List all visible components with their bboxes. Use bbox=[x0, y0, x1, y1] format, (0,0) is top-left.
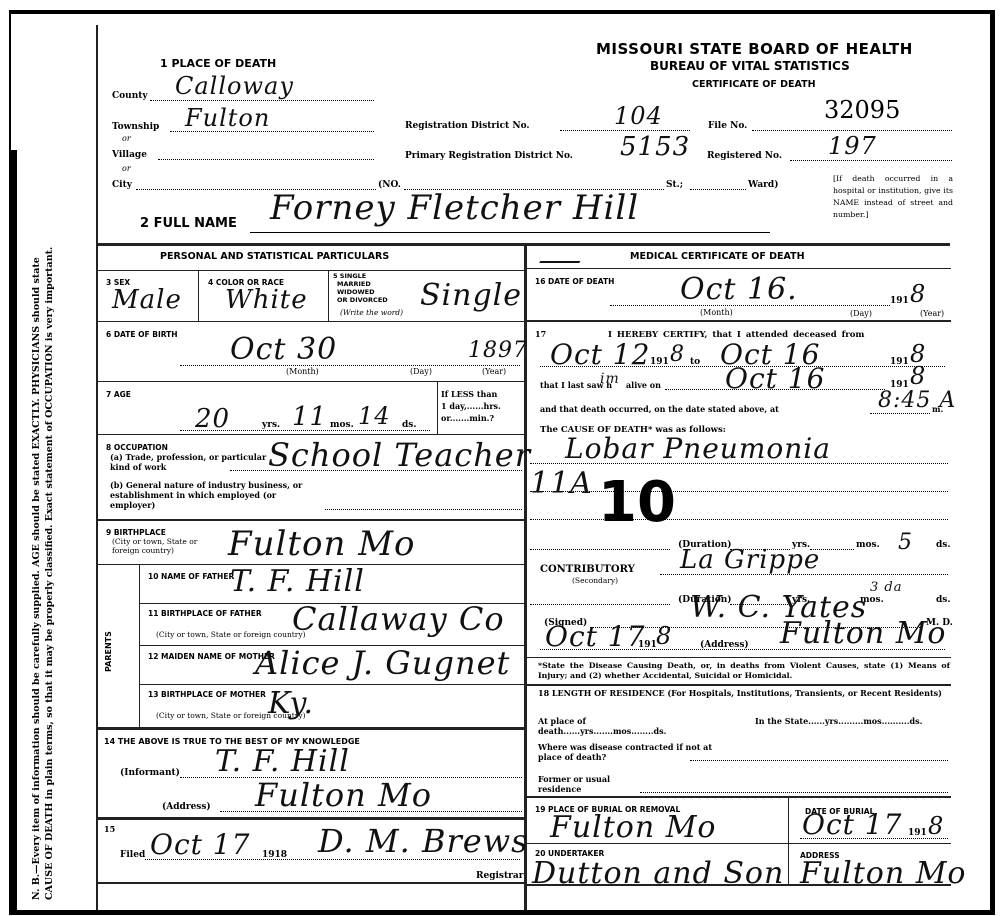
file-no-value: 32095 bbox=[824, 96, 900, 124]
last-saw-date: Oct 16 bbox=[725, 362, 825, 395]
mother-maiden-value: Alice J. Gugnet bbox=[255, 644, 510, 682]
contributory-label: CONTRIBUTORY bbox=[540, 564, 635, 575]
signed-date: Oct 17 bbox=[545, 620, 645, 653]
registered-no-label: Registered No. bbox=[707, 151, 782, 161]
full-name-label: 2 FULL NAME bbox=[140, 216, 237, 231]
medical-heading: MEDICAL CERTIFICATE OF DEATH bbox=[630, 251, 805, 262]
parents-label: PARENTS bbox=[104, 631, 113, 672]
document-type: CERTIFICATE OF DEATH bbox=[692, 79, 816, 90]
mother-maiden-label: 12 MAIDEN NAME OF MOTHER bbox=[148, 652, 248, 662]
duration-days: 5 bbox=[898, 530, 913, 555]
birthplace-label: 9 BIRTHPLACE bbox=[106, 528, 166, 537]
father-birthplace-label: 11 BIRTHPLACE OF FATHER bbox=[148, 609, 228, 618]
primary-district-label: Primary Registration District No. bbox=[405, 151, 573, 161]
left-margin-bar bbox=[9, 150, 17, 910]
board-title: MISSOURI STATE BOARD OF HEALTH bbox=[596, 40, 913, 58]
father-birthplace-value: Callaway Co bbox=[292, 600, 505, 638]
cause-code: 10 bbox=[598, 470, 676, 535]
cause-margin-note: 11A bbox=[530, 466, 593, 501]
age-days: 14 bbox=[358, 402, 391, 430]
side-instruction-note: N. B.—Every item of information should b… bbox=[30, 20, 56, 900]
attended-from: Oct 12 bbox=[550, 338, 650, 371]
primary-district-value: 5153 bbox=[620, 132, 690, 162]
personal-heading: PERSONAL AND STATISTICAL PARTICULARS bbox=[160, 251, 389, 262]
less-than-day: If LESS than 1 day,......hrs. or.......m… bbox=[441, 388, 501, 424]
bureau-subtitle: BUREAU OF VITAL STATISTICS bbox=[650, 59, 850, 73]
dob-value: Oct 30 bbox=[230, 332, 337, 367]
mother-birthplace-label: 13 BIRTHPLACE OF MOTHER bbox=[148, 690, 228, 699]
file-no-label: File No. bbox=[708, 121, 747, 131]
dob-label: 6 DATE OF BIRTH bbox=[106, 330, 178, 339]
informant-value: T. F. Hill bbox=[215, 744, 350, 779]
physician-address: Fulton Mo bbox=[780, 616, 947, 651]
father-name-value: T. F. Hill bbox=[230, 564, 365, 599]
occupation-value: School Teacher bbox=[268, 436, 531, 474]
marital-label: 5 SINGLE MARRIED WIDOWED OR DIVORCED bbox=[333, 272, 388, 304]
color-value: White bbox=[225, 285, 308, 315]
county-value: Calloway bbox=[175, 72, 294, 100]
dod-label: 16 DATE OF DEATH bbox=[535, 277, 614, 286]
township-value: Fulton bbox=[185, 104, 270, 132]
dob-year: 1897 bbox=[468, 338, 528, 363]
birthplace-value: Fulton Mo bbox=[228, 524, 415, 564]
inner-left-border bbox=[96, 25, 98, 910]
filed-date: Oct 17 bbox=[150, 828, 250, 861]
dod-year: 8 bbox=[910, 280, 926, 308]
marital-value: Single bbox=[420, 278, 522, 313]
death-time: 8:45 A bbox=[878, 388, 956, 413]
in-state-field: In the State......yrs.........mos.......… bbox=[755, 716, 950, 726]
side-note-line-1: N. B.—Every item of information should b… bbox=[30, 20, 43, 900]
side-note-line-2: CAUSE OF DEATH in plain terms, so that i… bbox=[43, 20, 56, 900]
cause-of-death: Lobar Pneumonia bbox=[565, 432, 831, 465]
hospital-note: [If death occurred in a hospital or inst… bbox=[833, 173, 953, 221]
township-label: Township bbox=[112, 122, 159, 132]
age-years: 20 bbox=[195, 404, 230, 434]
reg-district-value: 104 bbox=[614, 102, 663, 130]
occupation-label: 8 OCCUPATION bbox=[106, 443, 168, 452]
place-of-death-heading: 1 PLACE OF DEATH bbox=[160, 57, 276, 70]
reg-district-label: Registration District No. bbox=[405, 121, 530, 131]
full-name-value: Forney Fletcher Hill bbox=[270, 188, 639, 228]
residence-heading: 18 LENGTH OF RESIDENCE (For Hospitals, I… bbox=[538, 688, 950, 699]
burial-date-value: Oct 17 bbox=[802, 808, 902, 841]
contracted-field: Where was disease contracted if not at p… bbox=[538, 742, 738, 762]
burial-place-value: Fulton Mo bbox=[550, 810, 717, 845]
registrar-signature: D. M. Brews bbox=[318, 822, 529, 860]
informant-address-value: Fulton Mo bbox=[255, 776, 432, 814]
dod-value: Oct 16. bbox=[680, 272, 798, 307]
former-residence-field: Former or usual residence bbox=[538, 774, 638, 794]
sex-value: Male bbox=[112, 285, 182, 315]
city-label: City bbox=[112, 180, 132, 190]
mother-birthplace-value: Ky. bbox=[268, 686, 314, 721]
age-label: 7 AGE bbox=[106, 390, 131, 399]
father-name-label: 10 NAME OF FATHER bbox=[148, 572, 218, 581]
cause-footnote: *State the Disease Causing Death, or, in… bbox=[538, 661, 950, 681]
village-label: Village bbox=[112, 150, 147, 160]
age-months: 11 bbox=[292, 402, 327, 432]
registered-no-value: 197 bbox=[828, 132, 877, 160]
at-place-field: At place of death......yrs.......mos....… bbox=[538, 716, 693, 736]
county-label: County bbox=[112, 91, 148, 101]
contributory-value: La Grippe bbox=[680, 545, 820, 575]
